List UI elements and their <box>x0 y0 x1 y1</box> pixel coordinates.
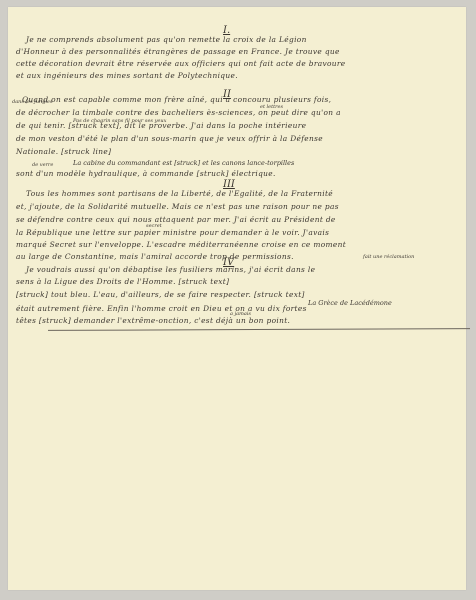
insertion-note: fait une réclamation <box>363 254 414 260</box>
text-line: [struck] tout bleu. L'eau, d'ailleurs, d… <box>16 290 305 300</box>
text-line: têtes [struck] demander l'extrême-onctio… <box>16 316 290 326</box>
text-line: marqué Secret sur l'enveloppe. L'escadre… <box>16 240 346 250</box>
text-line: Nationale. [struck line] <box>16 147 111 157</box>
insertion-note: de verre <box>32 162 53 168</box>
text-line: Je ne comprends absolument pas qu'on rem… <box>26 35 307 45</box>
text-line: se défendre contre ceux qui nous attaque… <box>16 215 336 225</box>
text-line: de qui tenir. [struck text], dit le prov… <box>16 121 306 131</box>
insertion-note: La Grèce de Lacédémone <box>308 299 392 307</box>
text-line: et aux ingénieurs des mines sortant de P… <box>16 71 238 81</box>
manuscript-page: I. Je ne comprends absolument pas qu'on … <box>8 7 466 590</box>
insertion-note: La cabine du commandant est [struck] et … <box>73 159 294 167</box>
divider-line <box>48 328 470 331</box>
text-line: sens à la Ligue des Droits de l'Homme. [… <box>16 277 229 287</box>
text-line: Tous les hommes sont partisans de la Lib… <box>26 189 333 199</box>
text-line: Je voudrais aussi qu'on débaptise les fu… <box>26 265 315 275</box>
text-line: de mon veston d'été le plan d'un sous-ma… <box>16 134 323 144</box>
text-line: Quand on est capable comme mon frère aîn… <box>22 95 331 105</box>
text-line: et, j'ajoute, de la Solidarité mutuelle.… <box>16 202 339 212</box>
text-line: de décrocher la timbale contre des bache… <box>16 108 341 118</box>
text-line: était autrement fière. Enfin l'homme cro… <box>16 304 307 314</box>
text-line: d'Honneur à des personnalités étrangères… <box>16 47 340 57</box>
text-line: la République une lettre sur papier mini… <box>16 228 329 238</box>
text-line: cette décoration devrait être réservée a… <box>16 59 346 69</box>
text-line: sont d'un modèle hydraulique, à commande… <box>16 169 276 179</box>
text-line: au large de Constantine, mais l'amiral a… <box>16 252 294 262</box>
